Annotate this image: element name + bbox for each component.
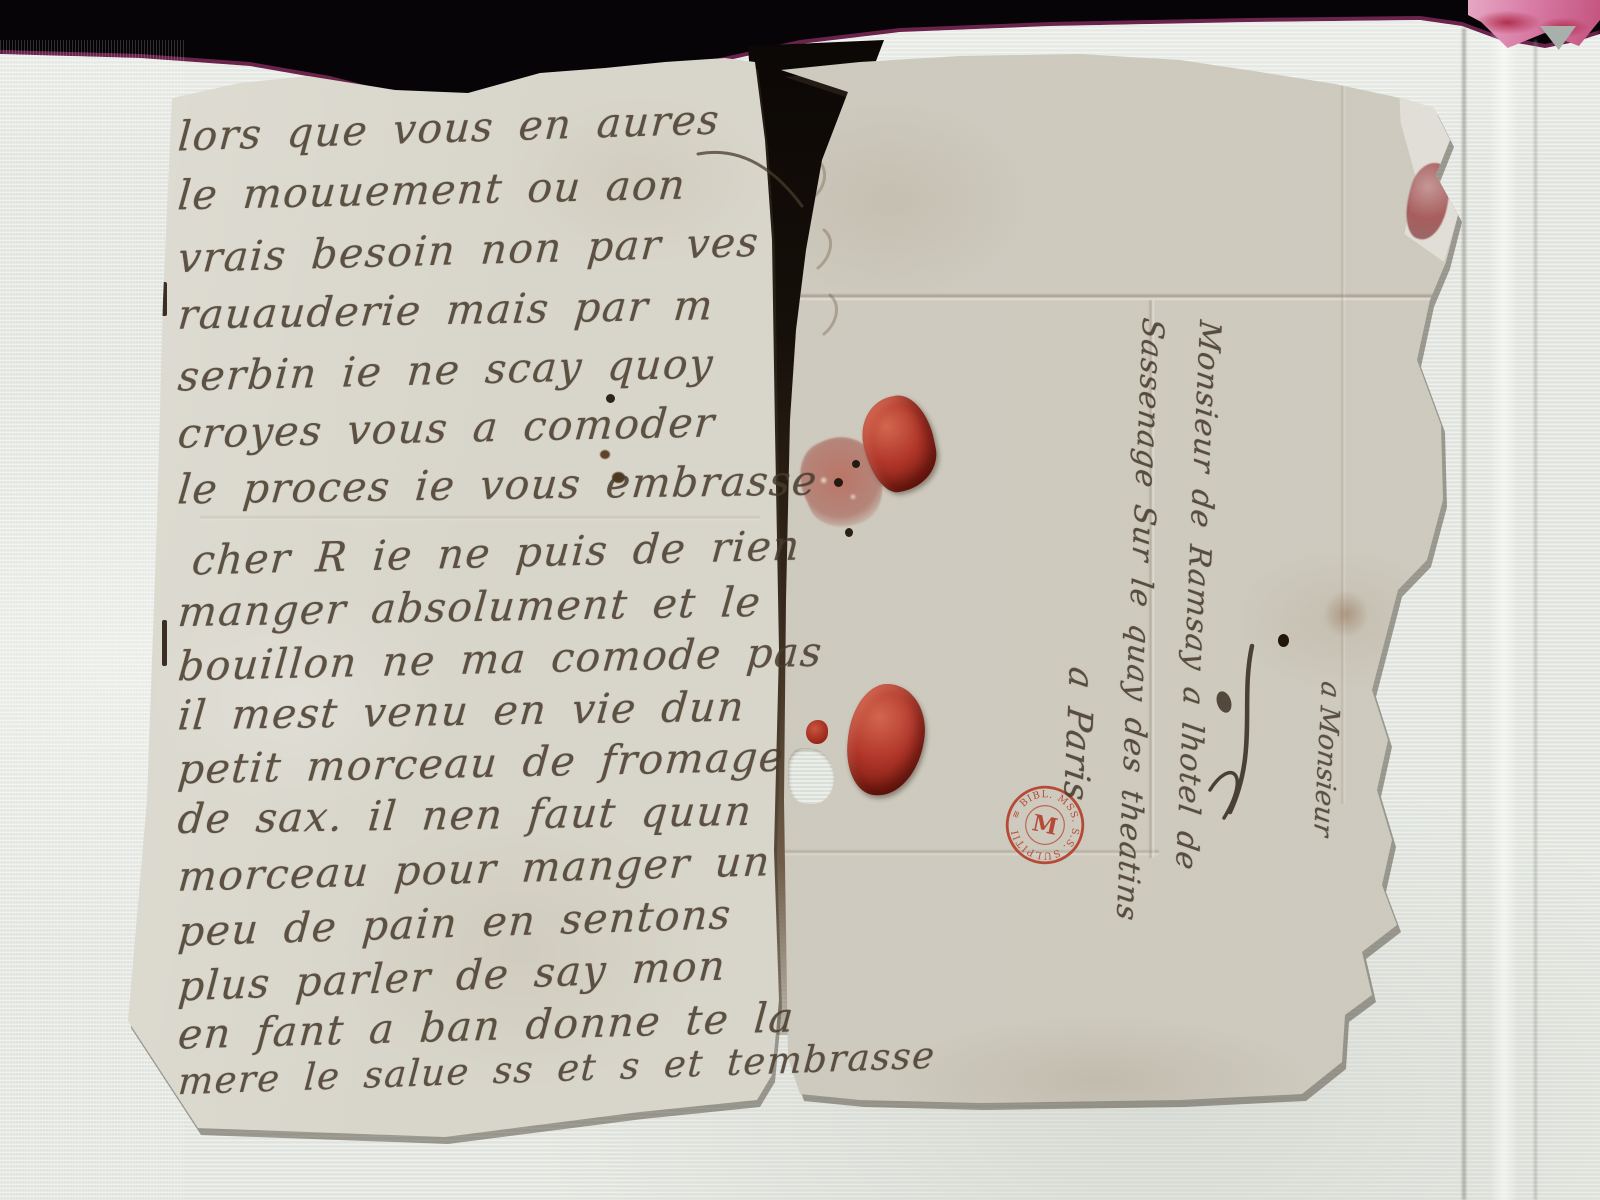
address-side-note: a Monsieur bbox=[1309, 680, 1344, 839]
address-line: a Paris bbox=[1040, 663, 1108, 939]
manuscript-line: manger absolument et le bbox=[176, 582, 763, 633]
ink-speck bbox=[1278, 634, 1289, 647]
cloth-crease bbox=[1534, 40, 1537, 1200]
wax-speck bbox=[834, 478, 843, 487]
cloth-crease bbox=[1490, 18, 1518, 1200]
ink-flourish bbox=[690, 140, 810, 220]
fold-crease bbox=[784, 293, 1444, 301]
paper-crease bbox=[200, 515, 760, 521]
manuscript-line: croyes vous a comoder bbox=[176, 402, 717, 454]
ink-mark-page-edge bbox=[162, 620, 167, 666]
manuscript-line: petit morceau de fromage bbox=[176, 737, 786, 791]
wax-speck bbox=[845, 528, 853, 537]
manuscript-line: de sax. il nen faut quun bbox=[176, 791, 754, 840]
manuscript-line: le mouuement ou aon bbox=[176, 165, 688, 217]
manuscript-line: rauauderie mais par m bbox=[176, 285, 716, 335]
address-block: Monsieur de Ramsay a lhotel de Sassenage… bbox=[1040, 315, 1238, 942]
rust-spot bbox=[600, 450, 610, 459]
ink-paraph bbox=[1200, 640, 1270, 830]
manuscript-line: le proces ie vous embrasse bbox=[176, 461, 819, 511]
manuscript-line: il mest venu en vie dun bbox=[176, 687, 747, 737]
ink-smudge bbox=[1317, 582, 1374, 645]
wax-droplet bbox=[806, 720, 828, 744]
photograph-of-manuscript-letter: ≡ BIBL. MSS. S.S. SULPITII M lors que vo… bbox=[0, 0, 1600, 1200]
wax-speck bbox=[852, 460, 860, 468]
cloth-crease bbox=[1462, 28, 1466, 1200]
